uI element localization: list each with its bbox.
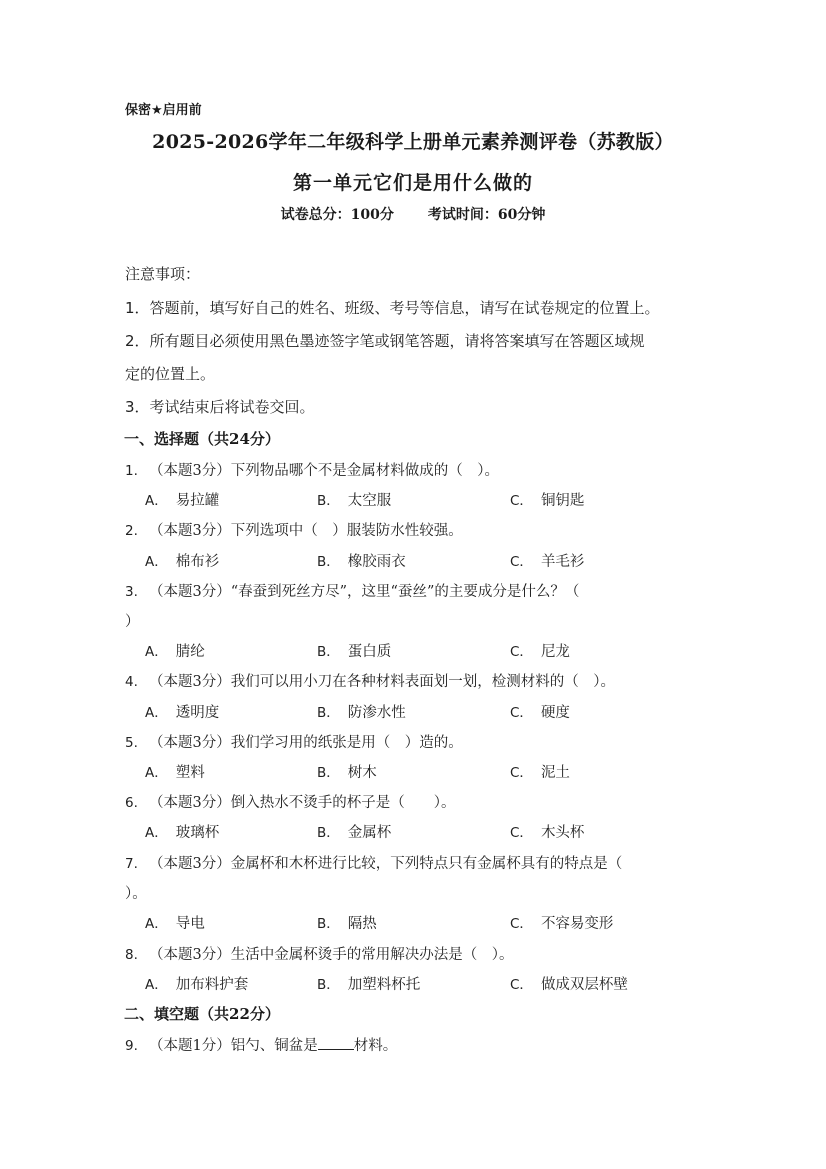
option-b[interactable]: B．加塑料杯托 [317,973,420,994]
question-6: 6.（本题3分）倒入热水不烫手的杯子是（ ）。 [125,791,455,812]
question-9: 9.（本题1分）铝勺、铜盆是材料。 [125,1034,397,1055]
option-b[interactable]: B．防渗水性 [317,701,406,722]
option-b[interactable]: B．树木 [317,761,377,782]
exam-page: 保密★启用前 2025-2026学年二年级科学上册单元素养测评卷（苏教版） 第一… [0,0,826,1169]
option-b[interactable]: B．太空服 [317,489,391,510]
total-score: 试卷总分：100分 [281,207,394,223]
unit-title: 第一单元它们是用什么做的 [0,168,826,195]
question-8: 8.（本题3分）生活中金属杯烫手的常用解决办法是（ ）。 [125,943,513,964]
section-heading-choice: 一、选择题（共24分） [124,428,280,449]
exam-title: 2025-2026学年二年级科学上册单元素养测评卷（苏教版） [0,127,826,154]
option-a[interactable]: A．导电 [145,912,205,933]
option-a[interactable]: A．塑料 [145,761,205,782]
answer-blank[interactable] [318,1035,354,1050]
note-item: 定的位置上。 [125,363,215,384]
question-1: 1.（本题3分）下列物品哪个不是金属材料做成的（ ）。 [125,459,499,480]
section-heading-fill-blank: 二、填空题（共22分） [124,1003,280,1024]
option-b[interactable]: B．橡胶雨衣 [317,550,406,571]
question-3-continued: ） [125,610,140,631]
option-c[interactable]: C．尼龙 [510,640,570,661]
option-c[interactable]: C．硬度 [510,701,570,722]
option-c[interactable]: C．不容易变形 [510,912,613,933]
question-3: 3.（本题3分）“春蚕到死丝方尽”，这里“蚕丝”的主要成分是什么？（ [125,580,579,601]
option-c[interactable]: C．铜钥匙 [510,489,584,510]
option-b[interactable]: B．金属杯 [317,821,391,842]
question-2: 2.（本题3分）下列选项中（ ）服装防水性较强。 [125,519,463,540]
option-a[interactable]: A．透明度 [145,701,219,722]
option-a[interactable]: A．棉布衫 [145,550,219,571]
option-a[interactable]: A．玻璃杯 [145,821,219,842]
option-c[interactable]: C．泥土 [510,761,570,782]
option-c[interactable]: C．做成双层杯壁 [510,973,628,994]
option-c[interactable]: C．木头杯 [510,821,584,842]
question-7: 7.（本题3分）金属杯和木杯进行比较，下列特点只有金属杯具有的特点是（ [125,852,622,873]
option-b[interactable]: B．蛋白质 [317,640,391,661]
question-4: 4.（本题3分）我们可以用小刀在各种材料表面划一划，检测材料的（ ）。 [125,670,615,691]
question-7-continued: ）。 [125,882,147,903]
question-5: 5.（本题3分）我们学习用的纸张是用（ ）造的。 [125,731,463,752]
note-item: 2．所有题目必须使用黑色墨迹签字笔或钢笔答题，请将答案填写在答题区域规 [125,330,645,351]
note-item: 1．答题前，填写好自己的姓名、班级、考号等信息，请写在试卷规定的位置上。 [125,297,660,318]
option-a[interactable]: A．加布料护套 [145,973,248,994]
confidential-label: 保密★启用前 [125,99,202,118]
option-a[interactable]: A．易拉罐 [145,489,219,510]
option-b[interactable]: B．隔热 [317,912,377,933]
notes-heading: 注意事项： [125,263,200,284]
note-item: 3．考试结束后将试卷交回。 [125,396,315,417]
option-c[interactable]: C．羊毛衫 [510,550,584,571]
exam-info: 试卷总分：100分考试时间：60分钟 [0,204,826,224]
option-a[interactable]: A．腈纶 [145,640,205,661]
exam-time: 考试时间：60分钟 [428,207,545,223]
